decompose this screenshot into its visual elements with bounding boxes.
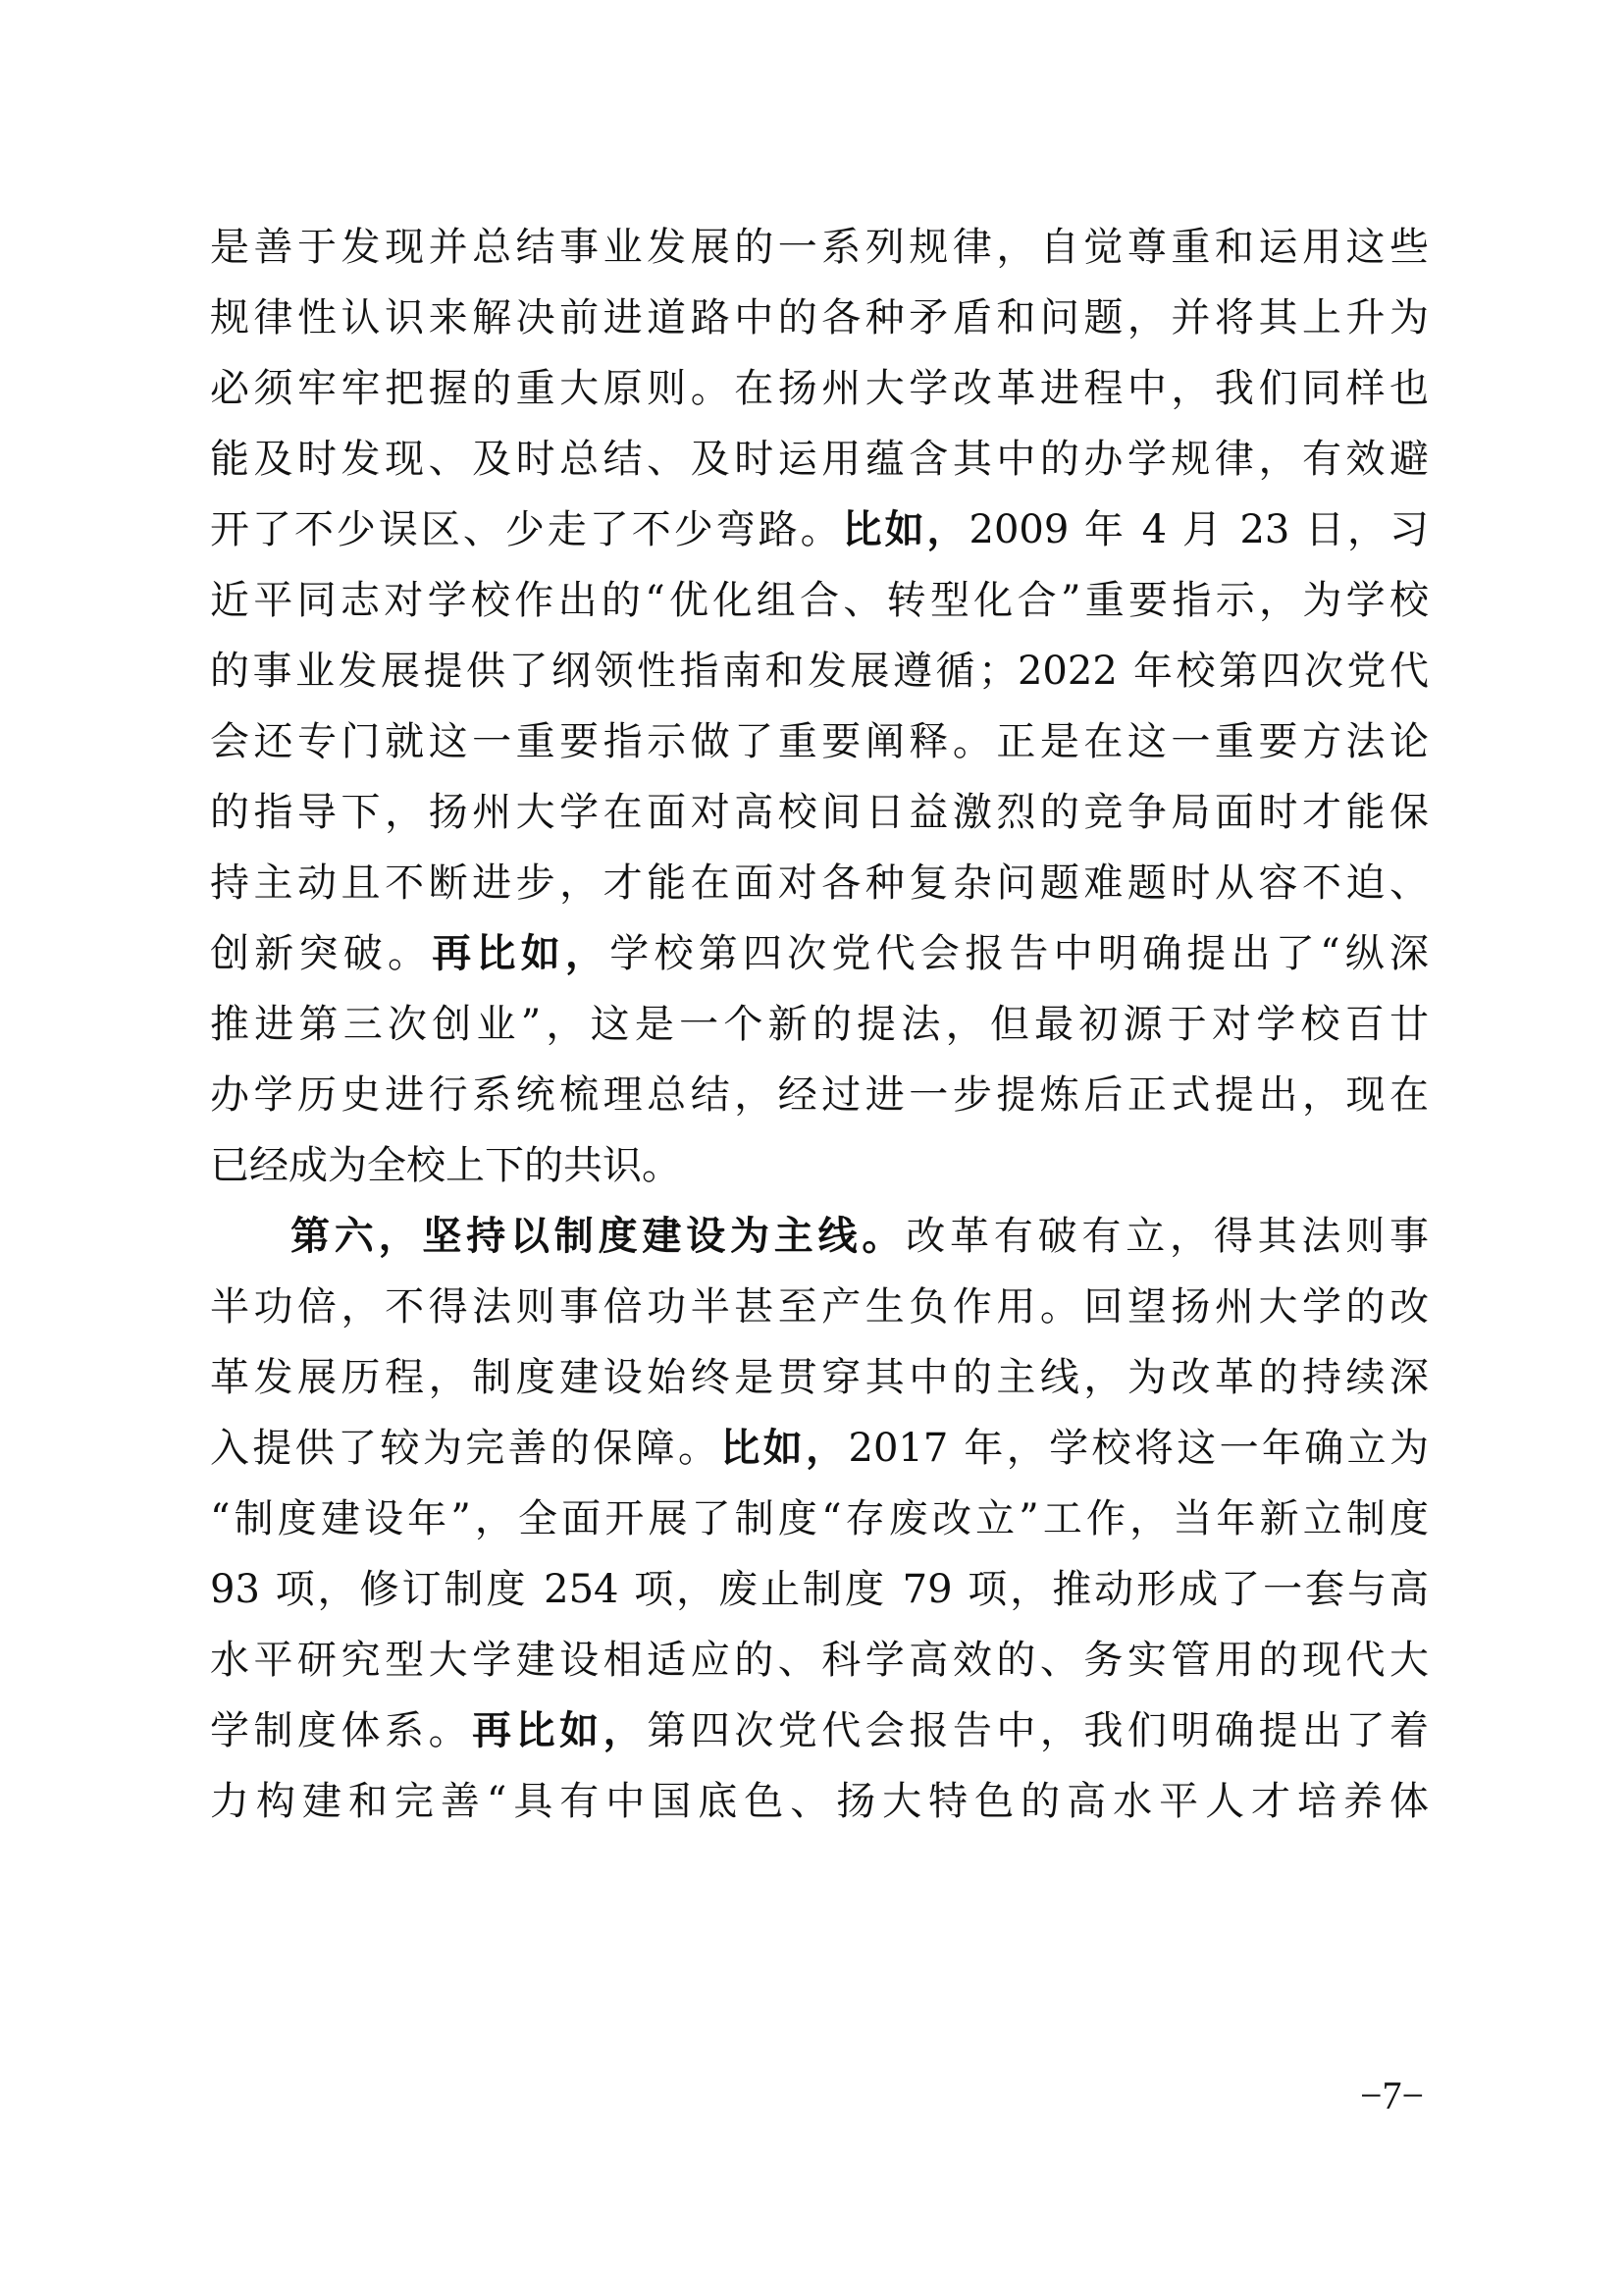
text-segment: 推进第三次创业”，这是一个新的提法，但最初源于对学校百廿 (210, 1002, 1429, 1047)
text-line: 学制度体系。再比如，第四次党代会报告中，我们明确提出了着 (210, 1701, 1429, 1760)
text-segment: 开了不少误区、少走了不少弯路。 (210, 507, 843, 552)
text-segment: 已经成为全校上下的共识。 (210, 1143, 681, 1188)
text-line: 革发展历程，制度建设始终是贯穿其中的主线，为改革的持续深 (210, 1348, 1429, 1407)
text-segment: 2009 年 4 月 23 日，习 (969, 507, 1429, 552)
text-segment: 近平同志对学校作出的“优化组合、转型化合”重要指示，为学校 (210, 578, 1429, 623)
text-segment: 学校第四次党代会报告中明确提出了“纵深 (609, 931, 1429, 976)
text-line: 入提供了较为完善的保障。比如，2017 年，学校将这一年确立为 (210, 1419, 1429, 1478)
text-line: 第六，坚持以制度建设为主线。改革有破有立，得其法则事 (210, 1207, 1429, 1266)
text-segment: “制度建设年”，全面开展了制度“存废改立”工作，当年新立制度 (210, 1496, 1429, 1541)
document-page: 是善于发现并总结事业发展的一系列规律，自觉尊重和运用这些规律性认识来解决前进道路… (0, 0, 1624, 2296)
text-line: 能及时发现、及时总结、及时运用蕴含其中的办学规律，有效避 (210, 430, 1429, 489)
text-segment: 的事业发展提供了纲领性指南和发展遵循；2022 年校第四次党代 (210, 649, 1429, 694)
text-segment: 第四次党代会报告中，我们明确提出了着 (647, 1708, 1429, 1753)
text-segment: 是善于发现并总结事业发展的一系列规律，自觉尊重和运用这些 (210, 225, 1429, 270)
text-line: 半功倍，不得法则事倍功半甚至产生负作用。回望扬州大学的改 (210, 1278, 1429, 1336)
text-segment: 的指导下，扬州大学在面对高校间日益激烈的竞争局面时才能保 (210, 790, 1429, 835)
text-segment: 创新突破。 (210, 931, 432, 976)
page-number: −7− (1360, 2072, 1424, 2119)
text-line: 的指导下，扬州大学在面对高校间日益激烈的竞争局面时才能保 (210, 783, 1429, 842)
text-line: 会还专门就这一重要指示做了重要阐释。正是在这一重要方法论 (210, 712, 1429, 771)
text-line: 办学历史进行系统梳理总结，经过进一步提炼后正式提出，现在 (210, 1066, 1429, 1124)
text-segment: 水平研究型大学建设相适应的、科学高效的、务实管用的现代大 (210, 1638, 1429, 1683)
text-line: 规律性认识来解决前进道路中的各种矛盾和问题，并将其上升为 (210, 288, 1429, 347)
text-line: 必须牢牢把握的重大原则。在扬州大学改革进程中，我们同样也 (210, 359, 1429, 418)
bold-text-segment: 第六，坚持以制度建设为主线。 (290, 1213, 906, 1259)
text-line: 的事业发展提供了纲领性指南和发展遵循；2022 年校第四次党代 (210, 642, 1429, 701)
text-line: 已经成为全校上下的共识。 (210, 1136, 1429, 1195)
text-segment: 93 项，修订制度 254 项，废止制度 79 项，推动形成了一套与高 (210, 1567, 1429, 1612)
text-line: 水平研究型大学建设相适应的、科学高效的、务实管用的现代大 (210, 1631, 1429, 1690)
bold-text-segment: 比如， (720, 1425, 848, 1471)
text-line: 93 项，修订制度 254 项，废止制度 79 项，推动形成了一套与高 (210, 1560, 1429, 1619)
text-segment: 规律性认识来解决前进道路中的各种矛盾和问题，并将其上升为 (210, 295, 1429, 340)
text-segment: 入提供了较为完善的保障。 (210, 1426, 720, 1471)
text-segment: 力构建和完善“具有中国底色、扬大特色的高水平人才培养体 (210, 1779, 1429, 1824)
bold-text-segment: 比如， (843, 506, 969, 552)
text-segment: 办学历史进行系统梳理总结，经过进一步提炼后正式提出，现在 (210, 1072, 1429, 1118)
text-segment: 半功倍，不得法则事倍功半甚至产生负作用。回望扬州大学的改 (210, 1284, 1429, 1330)
text-segment: 改革有破有立，得其法则事 (906, 1214, 1429, 1259)
text-segment: 会还专门就这一重要指示做了重要阐释。正是在这一重要方法论 (210, 719, 1429, 764)
text-segment: 革发展历程，制度建设始终是贯穿其中的主线，为改革的持续深 (210, 1355, 1429, 1400)
text-segment: 必须牢牢把握的重大原则。在扬州大学改革进程中，我们同样也 (210, 366, 1429, 411)
text-line: 近平同志对学校作出的“优化组合、转型化合”重要指示，为学校 (210, 571, 1429, 630)
text-line: “制度建设年”，全面开展了制度“存废改立”工作，当年新立制度 (210, 1489, 1429, 1548)
text-segment: 持主动且不断进步，才能在面对各种复杂问题难题时从容不迫、 (210, 861, 1429, 906)
text-line: 创新突破。再比如，学校第四次党代会报告中明确提出了“纵深 (210, 924, 1429, 983)
bold-text-segment: 再比如， (432, 930, 609, 976)
text-line: 持主动且不断进步，才能在面对各种复杂问题难题时从容不迫、 (210, 854, 1429, 913)
text-segment: 能及时发现、及时总结、及时运用蕴含其中的办学规律，有效避 (210, 437, 1429, 482)
text-line: 力构建和完善“具有中国底色、扬大特色的高水平人才培养体 (210, 1772, 1429, 1831)
text-segment: 2017 年，学校将这一年确立为 (849, 1426, 1430, 1471)
text-line: 是善于发现并总结事业发展的一系列规律，自觉尊重和运用这些 (210, 218, 1429, 277)
bold-text-segment: 再比如， (472, 1707, 647, 1753)
text-line: 推进第三次创业”，这是一个新的提法，但最初源于对学校百廿 (210, 995, 1429, 1054)
text-segment: 学制度体系。 (210, 1708, 472, 1753)
text-line: 开了不少误区、少走了不少弯路。比如，2009 年 4 月 23 日，习 (210, 500, 1429, 559)
